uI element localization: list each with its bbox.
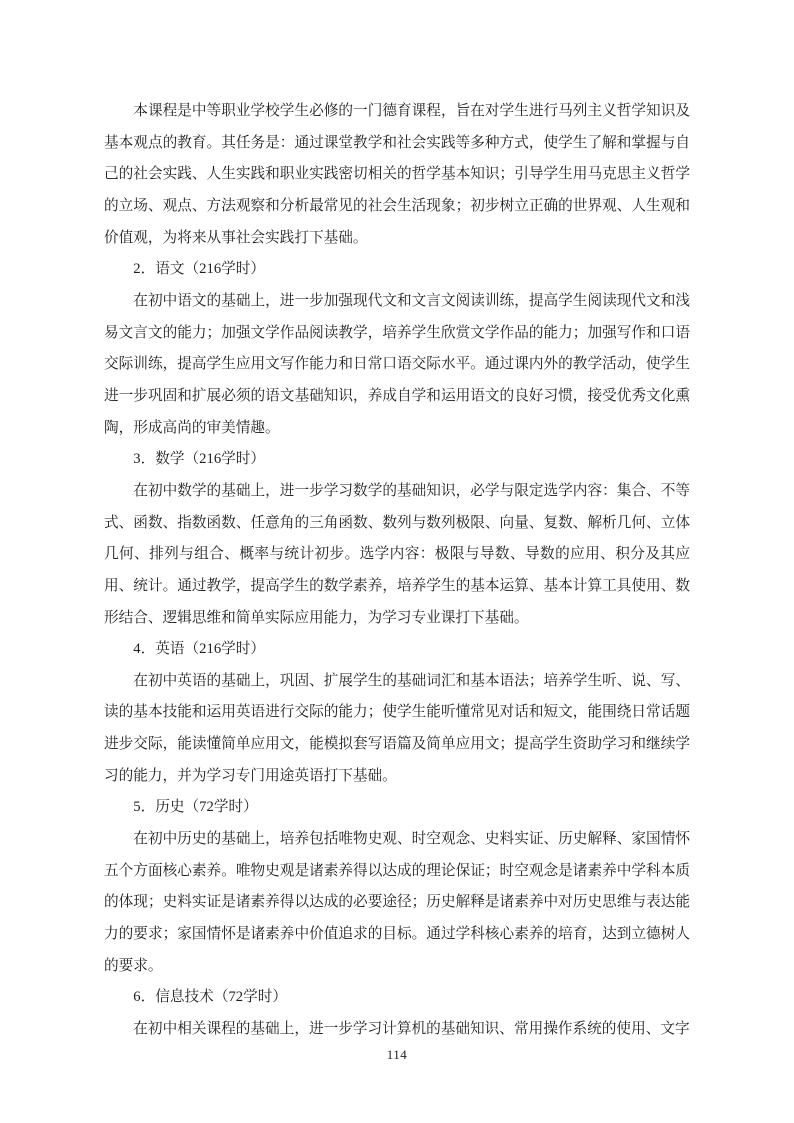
document-page: 本课程是中等职业学校学生必修的一门德育课程，旨在对学生进行马列主义哲学知识及基本… bbox=[0, 0, 794, 1123]
paragraph-chinese-course: 在初中语文的基础上，进一步加强现代文和文言文阅读训练，提高学生阅读现代文和浅易文… bbox=[104, 286, 690, 444]
paragraph-moral-education-course: 本课程是中等职业学校学生必修的一门德育课程，旨在对学生进行马列主义哲学知识及基本… bbox=[104, 96, 690, 254]
paragraph-information-technology-course: 在初中相关课程的基础上，进一步学习计算机的基础知识、常用操作系统的使用、文字 bbox=[104, 1014, 690, 1046]
paragraph-math-course: 在初中数学的基础上，进一步学习数学的基础知识，必学与限定选学内容：集合、不等式、… bbox=[104, 476, 690, 634]
heading-chinese-course: 2．语文（216学时） bbox=[104, 254, 690, 286]
heading-information-technology-course: 6．信息技术（72学时） bbox=[104, 982, 690, 1014]
paragraph-history-course: 在初中历史的基础上，培养包括唯物史观、时空观念、史料实证、历史解释、家国情怀五个… bbox=[104, 824, 690, 982]
paragraph-english-course: 在初中英语的基础上，巩固、扩展学生的基础词汇和基本语法；培养学生听、说、写、读的… bbox=[104, 666, 690, 793]
heading-math-course: 3．数学（216学时） bbox=[104, 444, 690, 476]
page-number: 114 bbox=[0, 1047, 794, 1063]
document-body: 本课程是中等职业学校学生必修的一门德育课程，旨在对学生进行马列主义哲学知识及基本… bbox=[104, 96, 690, 1046]
heading-history-course: 5．历史（72学时） bbox=[104, 792, 690, 824]
heading-english-course: 4．英语（216学时） bbox=[104, 634, 690, 666]
